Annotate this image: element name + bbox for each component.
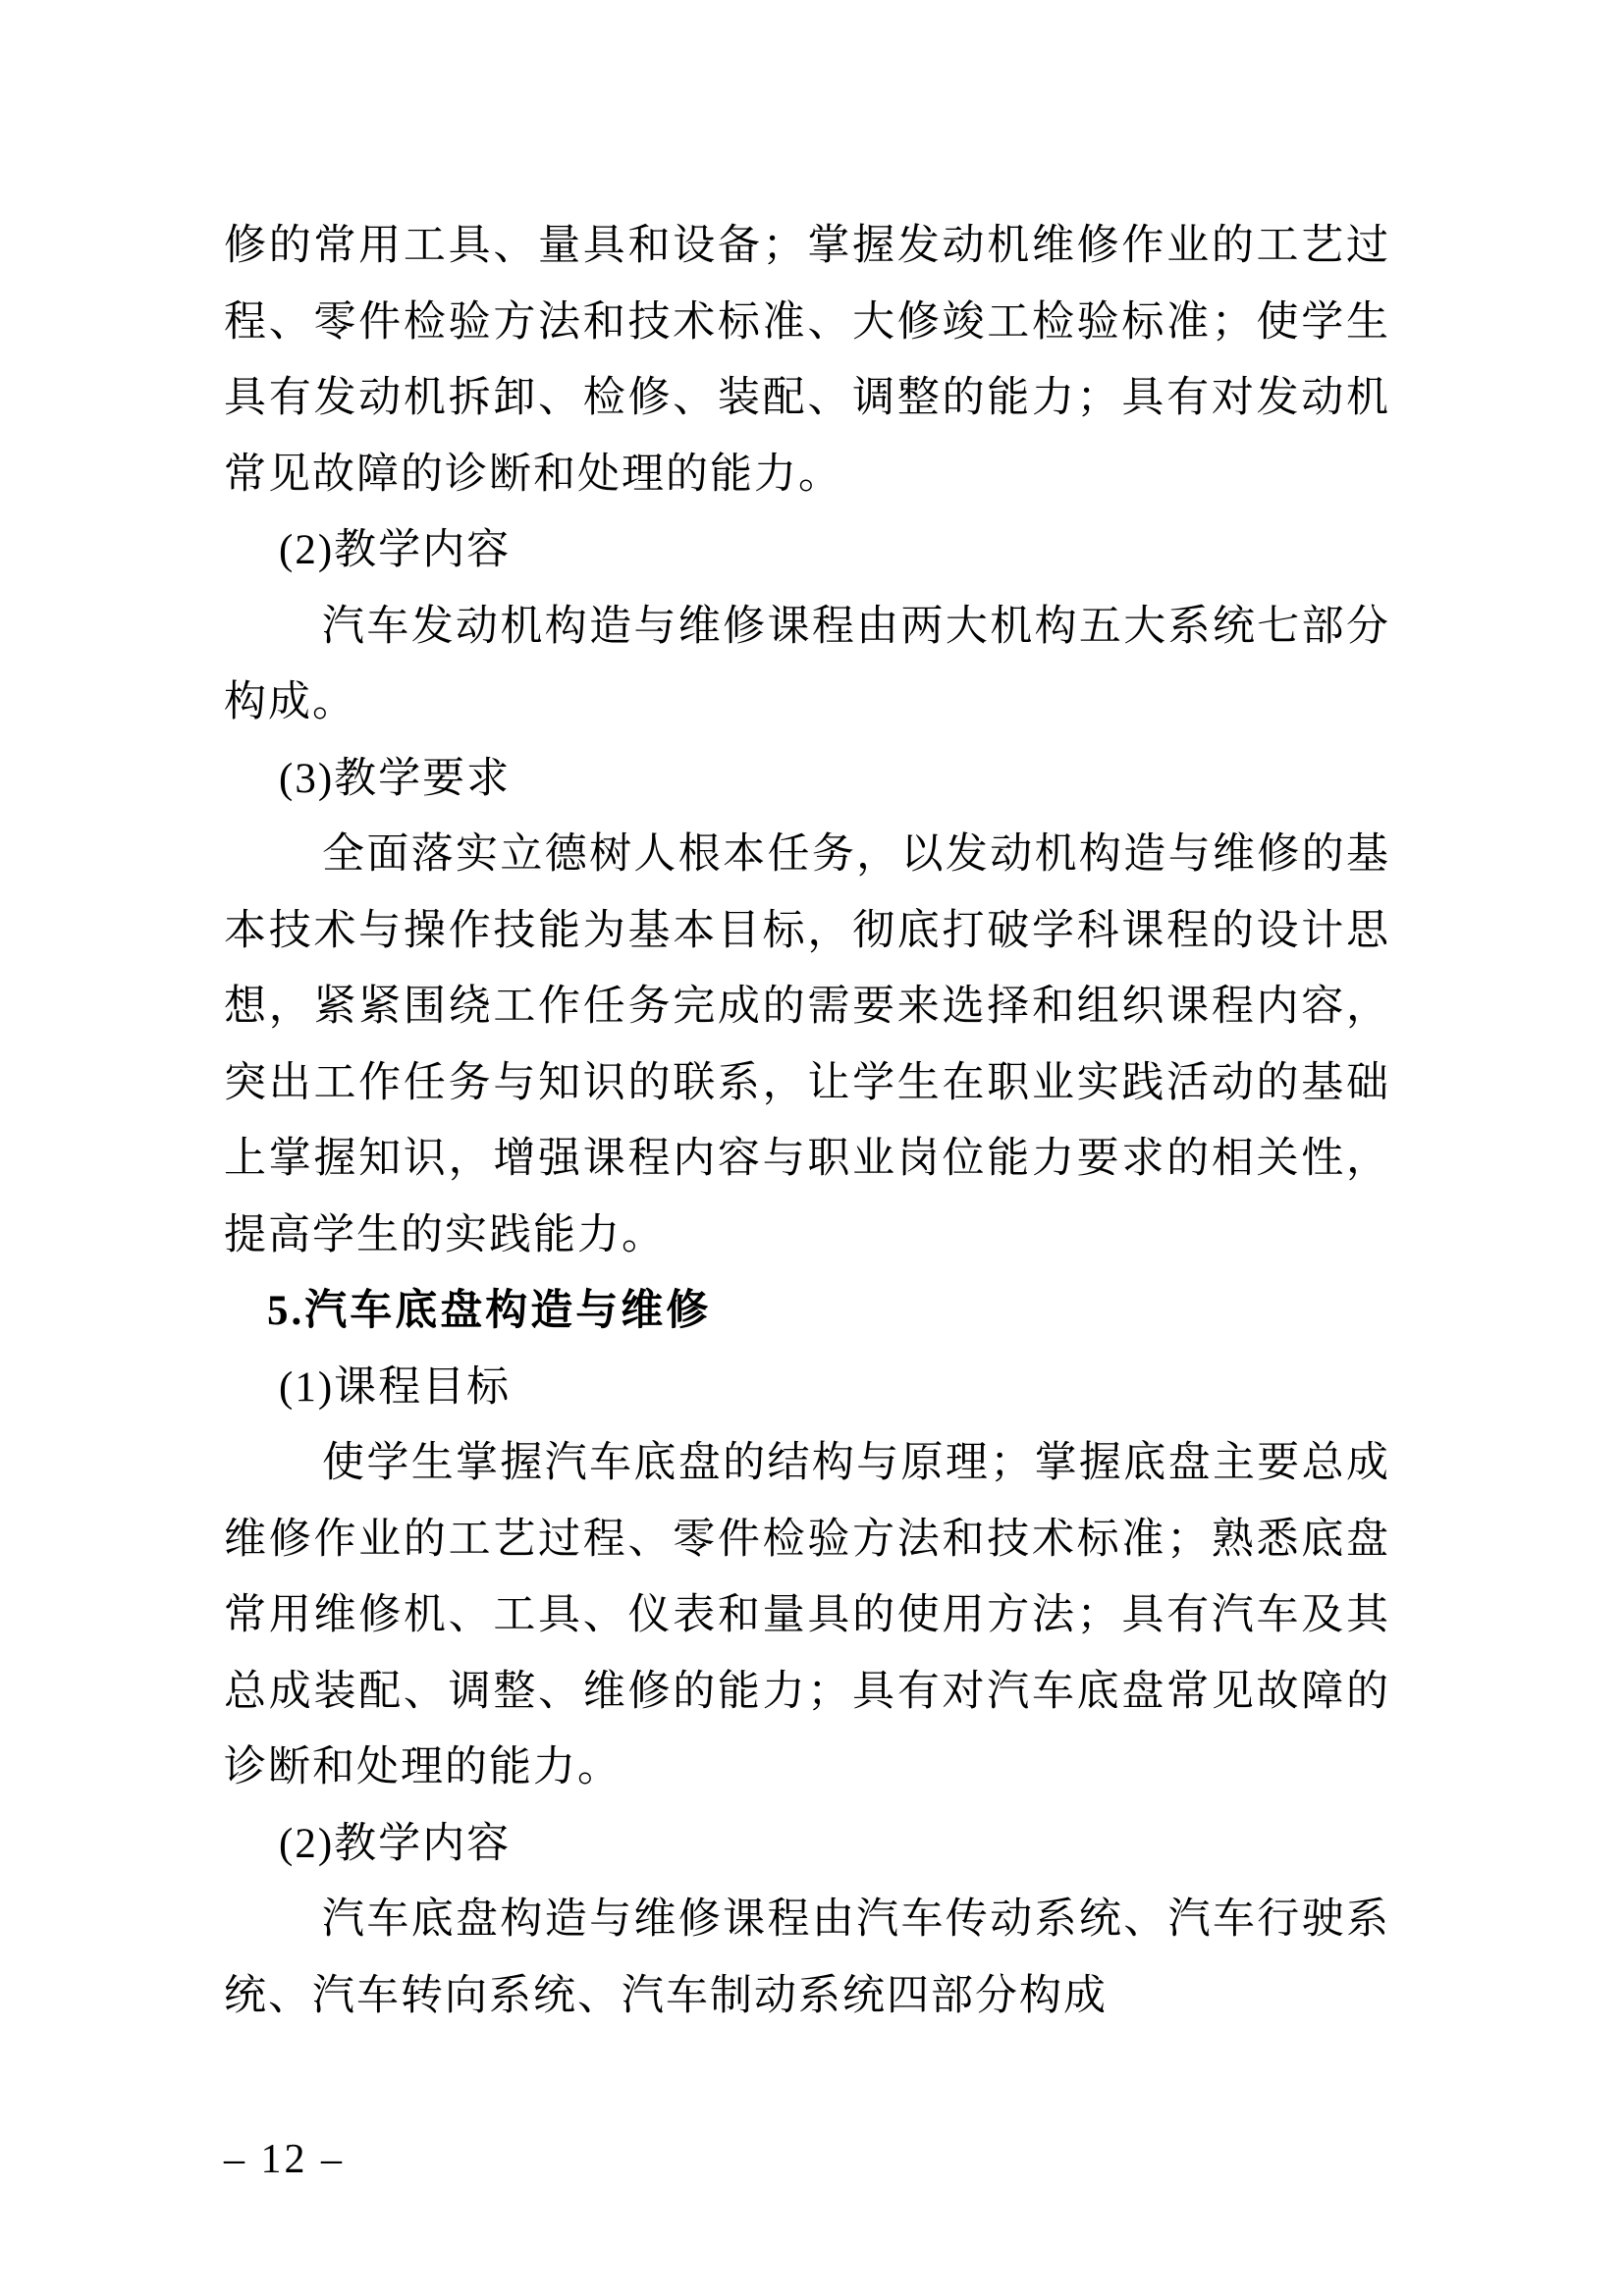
page-number: – 12 – — [224, 2137, 345, 2182]
text-line: 具有发动机拆卸、检修、装配、调整的能力；具有对发动机 — [224, 360, 1388, 437]
document-page: 修的常用工具、量具和设备；掌握发动机维修作业的工艺过程、零件检验方法和技术标准、… — [0, 0, 1624, 2296]
text-line: 诊断和处理的能力。 — [224, 1730, 1388, 1806]
text-line: 提高学生的实践能力。 — [224, 1198, 1388, 1274]
paragraph-sub-item: (1)课程目标 — [224, 1350, 1388, 1426]
text-line: (2)教学内容 — [224, 512, 1388, 589]
text-line: 汽车发动机构造与维修课程由两大机构五大系统七部分 — [224, 589, 1388, 666]
paragraph-sub-item: (2)教学内容 — [224, 1806, 1388, 1883]
text-line: 构成。 — [224, 665, 1388, 741]
document-body: 修的常用工具、量具和设备；掌握发动机维修作业的工艺过程、零件检验方法和技术标准、… — [224, 208, 1388, 2034]
paragraph-sub-item: (2)教学内容 — [224, 512, 1388, 589]
paragraph-body: 使学生掌握汽车底盘的结构与原理；掌握底盘主要总成维修作业的工艺过程、零件检验方法… — [224, 1425, 1388, 1806]
text-line: 汽车底盘构造与维修课程由汽车传动系统、汽车行驶系 — [224, 1882, 1388, 1958]
text-line: 程、零件检验方法和技术标准、大修竣工检验标准；使学生 — [224, 285, 1388, 361]
page-footer: – 12 – — [224, 2136, 345, 2183]
text-line: 维修作业的工艺过程、零件检验方法和技术标准；熟悉底盘 — [224, 1502, 1388, 1578]
text-line: 5.汽车底盘构造与维修 — [224, 1273, 1388, 1350]
text-line: 全面落实立德树人根本任务，以发动机构造与维修的基 — [224, 817, 1388, 893]
text-line: 统、汽车转向系统、汽车制动系统四部分构成 — [224, 1958, 1388, 2035]
text-line: 常见故障的诊断和处理的能力。 — [224, 437, 1388, 513]
text-line: 本技术与操作技能为基本目标，彻底打破学科课程的设计思 — [224, 893, 1388, 970]
text-line: (2)教学内容 — [224, 1806, 1388, 1883]
paragraph-body: 汽车底盘构造与维修课程由汽车传动系统、汽车行驶系统、汽车转向系统、汽车制动系统四… — [224, 1882, 1388, 2034]
paragraph-sub-item: (3)教学要求 — [224, 741, 1388, 818]
paragraph-section-heading: 5.汽车底盘构造与维修 — [224, 1273, 1388, 1350]
paragraph-body: 汽车发动机构造与维修课程由两大机构五大系统七部分构成。 — [224, 589, 1388, 741]
text-line: 修的常用工具、量具和设备；掌握发动机维修作业的工艺过 — [224, 208, 1388, 285]
text-line: 想，紧紧围绕工作任务完成的需要来选择和组织课程内容， — [224, 969, 1388, 1045]
text-line: 突出工作任务与知识的联系，让学生在职业实践活动的基础 — [224, 1045, 1388, 1122]
text-line: 上掌握知识，增强课程内容与职业岗位能力要求的相关性， — [224, 1121, 1388, 1198]
paragraph-continuation: 修的常用工具、量具和设备；掌握发动机维修作业的工艺过程、零件检验方法和技术标准、… — [224, 208, 1388, 512]
text-line: 常用维修机、工具、仪表和量具的使用方法；具有汽车及其 — [224, 1577, 1388, 1654]
text-line: 使学生掌握汽车底盘的结构与原理；掌握底盘主要总成 — [224, 1425, 1388, 1502]
text-line: (1)课程目标 — [224, 1350, 1388, 1426]
paragraph-body: 全面落实立德树人根本任务，以发动机构造与维修的基本技术与操作技能为基本目标，彻底… — [224, 817, 1388, 1273]
text-line: 总成装配、调整、维修的能力；具有对汽车底盘常见故障的 — [224, 1654, 1388, 1731]
text-line: (3)教学要求 — [224, 741, 1388, 818]
